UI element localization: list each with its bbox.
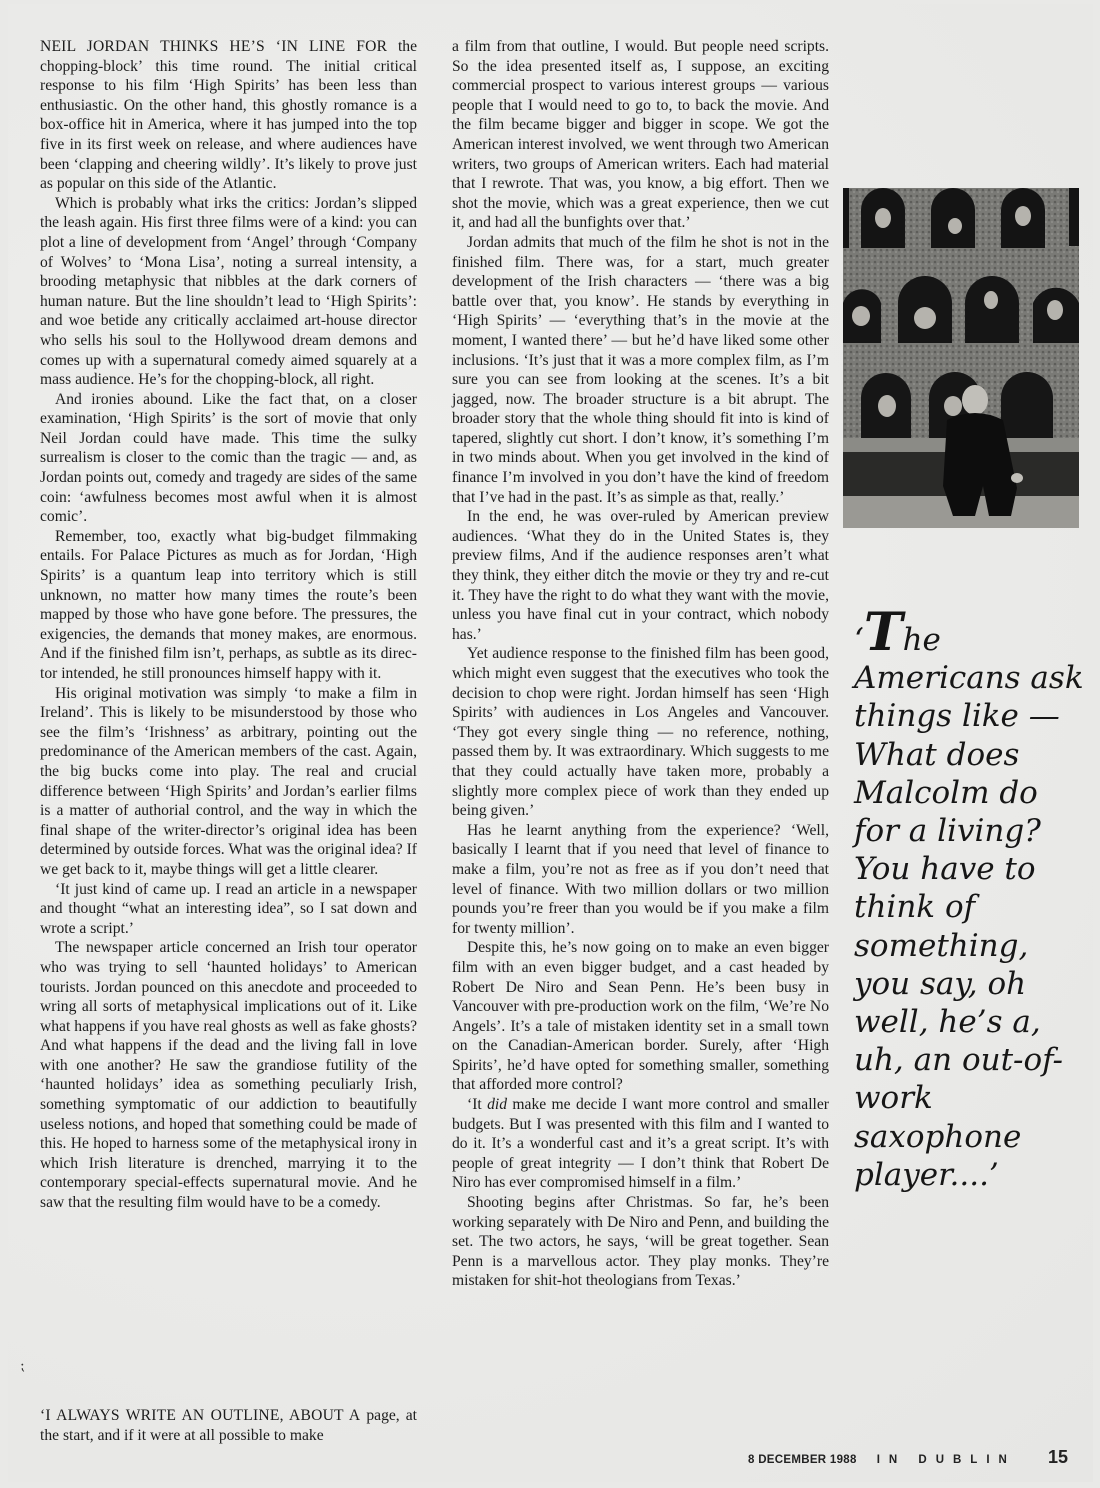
- magazine-page: Neil Jordan thinks he’s ‘in line for the…: [8, 4, 1093, 1482]
- magazine-name: IN DUBLIN: [877, 1454, 1016, 1466]
- section-lead-paragraph: ‘I always write an outline, about a page…: [40, 1406, 417, 1445]
- article-column-1: Neil Jordan thinks he’s ‘in line for the…: [40, 37, 417, 1213]
- article-opening-paragraph: Neil Jordan thinks he’s ‘in line for the…: [40, 37, 417, 194]
- issue-date: 8 DECEMBER 1988: [748, 1454, 857, 1466]
- body-paragraph: Shooting begins after Christmas. So far,…: [452, 1193, 829, 1291]
- body-paragraph: Which is probably what irks the critics:…: [40, 194, 417, 390]
- article-section-break-lead: ‘I always write an outline, about a page…: [40, 1406, 417, 1445]
- page-footer: 8 DECEMBER 1988 IN DUBLIN 15: [748, 1447, 1068, 1468]
- emphasis: did: [487, 1096, 507, 1113]
- body-paragraph: The newspaper article concerned an Irish…: [40, 938, 417, 1212]
- page-number: 15: [1048, 1447, 1068, 1468]
- film-still-photo: [843, 188, 1079, 528]
- pull-quote-initial: T: [864, 602, 903, 663]
- opening-lead-caps: Neil Jordan thinks he’s ‘in line for: [40, 38, 387, 55]
- article-column-2: a film from that outline, I would. But p…: [452, 37, 829, 1291]
- body-paragraph: ‘It did make me decide I want more contr…: [452, 1095, 829, 1193]
- body-paragraph: And ironies abound. Like the fact that, …: [40, 390, 417, 527]
- body-paragraph: His original motivation was simply ‘to m…: [40, 684, 417, 880]
- body-paragraph: Jordan admits that much of the film he s…: [452, 233, 829, 507]
- section-lead-caps: ‘I always write an outline, about a: [40, 1407, 360, 1424]
- body-paragraph: Remember, too, exactly what big-budget f…: [40, 527, 417, 684]
- print-blemish: ⁏: [20, 1358, 25, 1375]
- body-paragraph: Has he learnt anything from the experien…: [452, 821, 829, 939]
- body-paragraph: a film from that outline, I would. But p…: [452, 37, 829, 233]
- body-paragraph: Yet audience response to the finished fi…: [452, 644, 829, 820]
- body-paragraph: Despite this, he’s now going on to make …: [452, 938, 829, 1095]
- pull-quote-text: Americans ask things like — What does Ma…: [854, 660, 1084, 1193]
- pull-quote: ‘The Americans ask things like — What do…: [854, 618, 1084, 1194]
- body-paragraph: In the end, he was over-ruled by America…: [452, 507, 829, 644]
- body-paragraph: ‘It just kind of came up. I read an arti…: [40, 880, 417, 939]
- film-still-illustration: [843, 188, 1079, 528]
- pull-quote-open-mark: ‘: [854, 622, 864, 658]
